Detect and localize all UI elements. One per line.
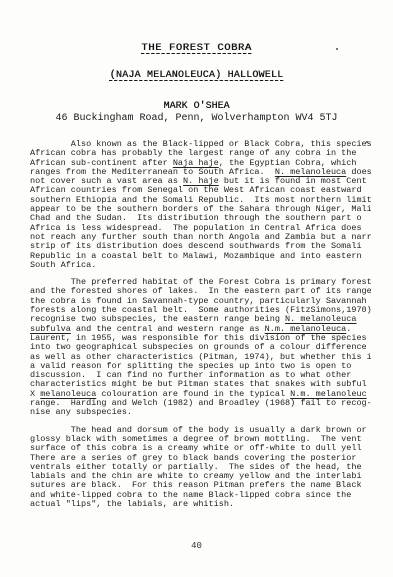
text-line: subfulva and the central and western ran… [30,325,371,334]
text-line: forests along the coastal belt. Some aut… [30,306,371,315]
text-line: labials and the chin are white to creamy… [30,472,371,481]
text-line: appear to be the southern borders of the… [30,205,371,214]
paragraph: The preferred habitat of the Forest Cobr… [30,278,371,417]
text-line: ventrals either totally or partially. Th… [30,463,371,472]
text-line: and white-lipped cobra to the name Black… [30,491,371,500]
text-line: the cobra is found in Savannah-type coun… [30,297,371,306]
text-line: African cobra has probably the largest r… [30,149,371,158]
text-line: African countries from Senegal on the We… [30,186,371,195]
document-page: THE FOREST COBRA (NAJA MELANOLEUCA) HALL… [0,0,393,577]
text-line: The head and dorsum of the body is usual… [30,426,371,435]
author-address: 46 Buckingham Road, Penn, Wolverhampton … [0,113,393,124]
scan-speck [366,141,368,143]
text-line: sutures are black. For this reason Pitma… [30,481,371,490]
text-line: a valid reason for splitting the species… [30,362,371,371]
page-number: 40 [0,541,393,551]
text-line: X melanoleuca colouration are found in t… [30,390,371,399]
text-line: Also known as the Black-lipped or Black … [30,140,371,149]
paragraph: The head and dorsum of the body is usual… [30,426,371,510]
scan-speck [336,48,338,50]
text-line: into two geographical subspecies on grou… [30,343,371,352]
text-line: ranges from the Mediterranean to South A… [30,168,371,177]
text-line: and the forested shores of lakes. In the… [30,287,371,296]
text-line: The preferred habitat of the Forest Cobr… [30,278,371,287]
text-line: not cover such a vast area as N. haje bu… [30,177,371,186]
text-line: nise any subspecies. [30,408,371,417]
text-line: recognise two subspecies, the eastern ra… [30,315,371,324]
text-line: glossy black with sometimes a degree of … [30,435,371,444]
text-line: southern Ethiopia and the Somali Republi… [30,196,371,205]
paragraph: Also known as the Black-lipped or Black … [30,140,371,270]
text-line: Laurent, in 1955, was responsible for th… [30,334,371,343]
text-line: actual "lips", the labials, are whitish. [30,500,371,509]
text-line: African sub-continent after Naja haje, t… [30,159,371,168]
text-line: range. Harding and Welch (1982) and Broa… [30,399,371,408]
page-title: THE FOREST COBRA [0,42,393,54]
text-line: There are a series of grey to black band… [30,454,371,463]
article-body: Also known as the Black-lipped or Black … [30,140,371,517]
text-line: not reach any further south than north A… [30,233,371,242]
text-line: strip of its distribution does descend s… [30,242,371,251]
text-line: surface of this cobra is a creamy white … [30,444,371,453]
page-subtitle: (NAJA MELANOLEUCA) HALLOWELL [0,70,393,81]
text-line: Africa is less widespread. The populatio… [30,224,371,233]
text-line: Republic in a coastal belt to Malawi, Mo… [30,252,371,261]
text-line: as well as other characteristics (Pitman… [30,353,371,362]
text-line: South Africa. [30,261,371,270]
text-line: discussion. I can find no further inform… [30,371,371,380]
author-name: MARK O'SHEA [0,101,393,112]
text-line: characteristics might be but Pitman stat… [30,380,371,389]
text-line: Chad and the Sudan. Its distribution thr… [30,214,371,223]
